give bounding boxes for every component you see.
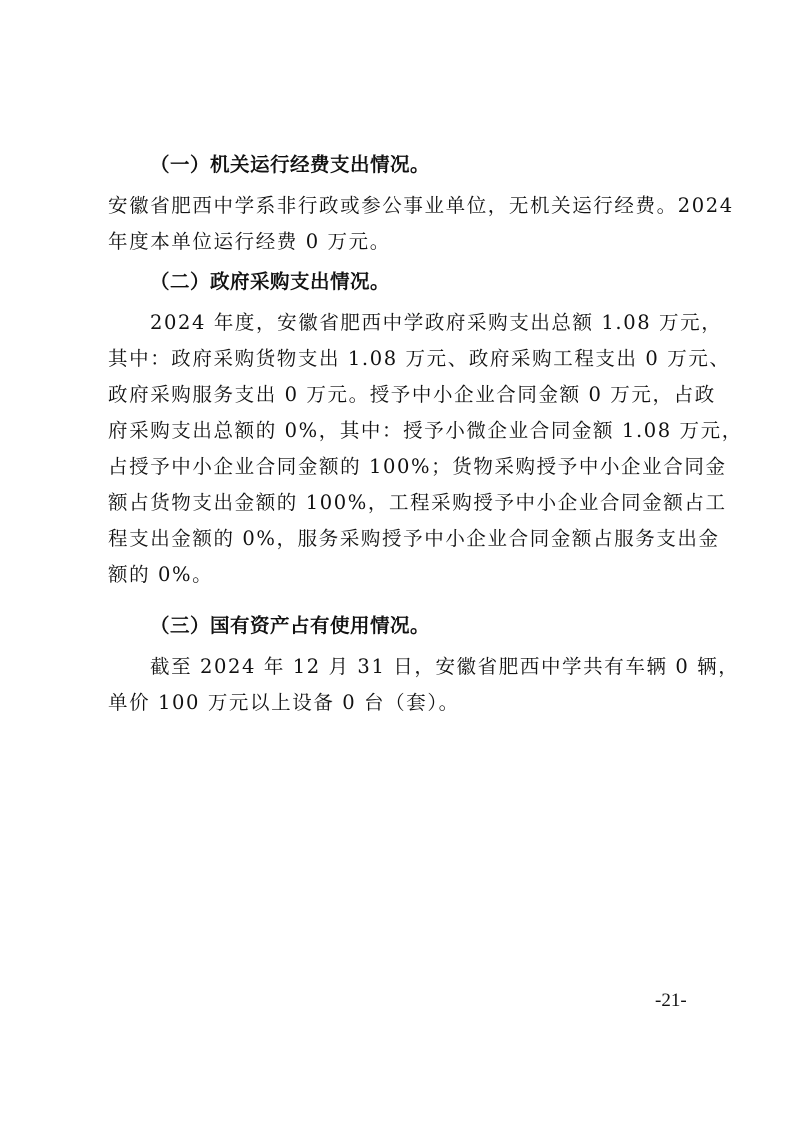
- paragraph-line: 占授予中小企业合同金额的 100%；货物采购授予中小企业合同金: [108, 455, 694, 479]
- paragraph-line: 额的 0%。: [108, 563, 694, 587]
- paragraph-line: 2024 年度，安徽省肥西中学政府采购支出总额 1.08 万元，: [150, 311, 694, 335]
- section-heading-1: （一）机关运行经费支出情况。: [150, 153, 430, 177]
- page-number: -21-: [655, 990, 687, 1012]
- document-page: （一）机关运行经费支出情况。 安徽省肥西中学系非行政或参公事业单位，无机关运行经…: [0, 0, 793, 1122]
- paragraph-line: 程支出金额的 0%，服务采购授予中小企业合同金额占服务支出金: [108, 527, 694, 551]
- paragraph-line: 安徽省肥西中学系非行政或参公事业单位，无机关运行经费。2024: [108, 194, 694, 218]
- paragraph-line: 政府采购服务支出 0 万元。授予中小企业合同金额 0 万元，占政: [108, 383, 694, 407]
- paragraph-line: 府采购支出总额的 0%，其中：授予小微企业合同金额 1.08 万元，: [108, 419, 694, 443]
- paragraph-line: 截至 2024 年 12 月 31 日，安徽省肥西中学共有车辆 0 辆，: [150, 655, 694, 679]
- section-heading-3: （三）国有资产占有使用情况。: [150, 614, 430, 638]
- paragraph-line: 额占货物支出金额的 100%，工程采购授予中小企业合同金额占工: [108, 491, 694, 515]
- paragraph-line: 其中：政府采购货物支出 1.08 万元、政府采购工程支出 0 万元、: [108, 347, 694, 371]
- paragraph-line: 年度本单位运行经费 0 万元。: [108, 230, 694, 254]
- paragraph-line: 单价 100 万元以上设备 0 台（套）。: [108, 691, 694, 715]
- section-heading-2: （二）政府采购支出情况。: [150, 270, 390, 294]
